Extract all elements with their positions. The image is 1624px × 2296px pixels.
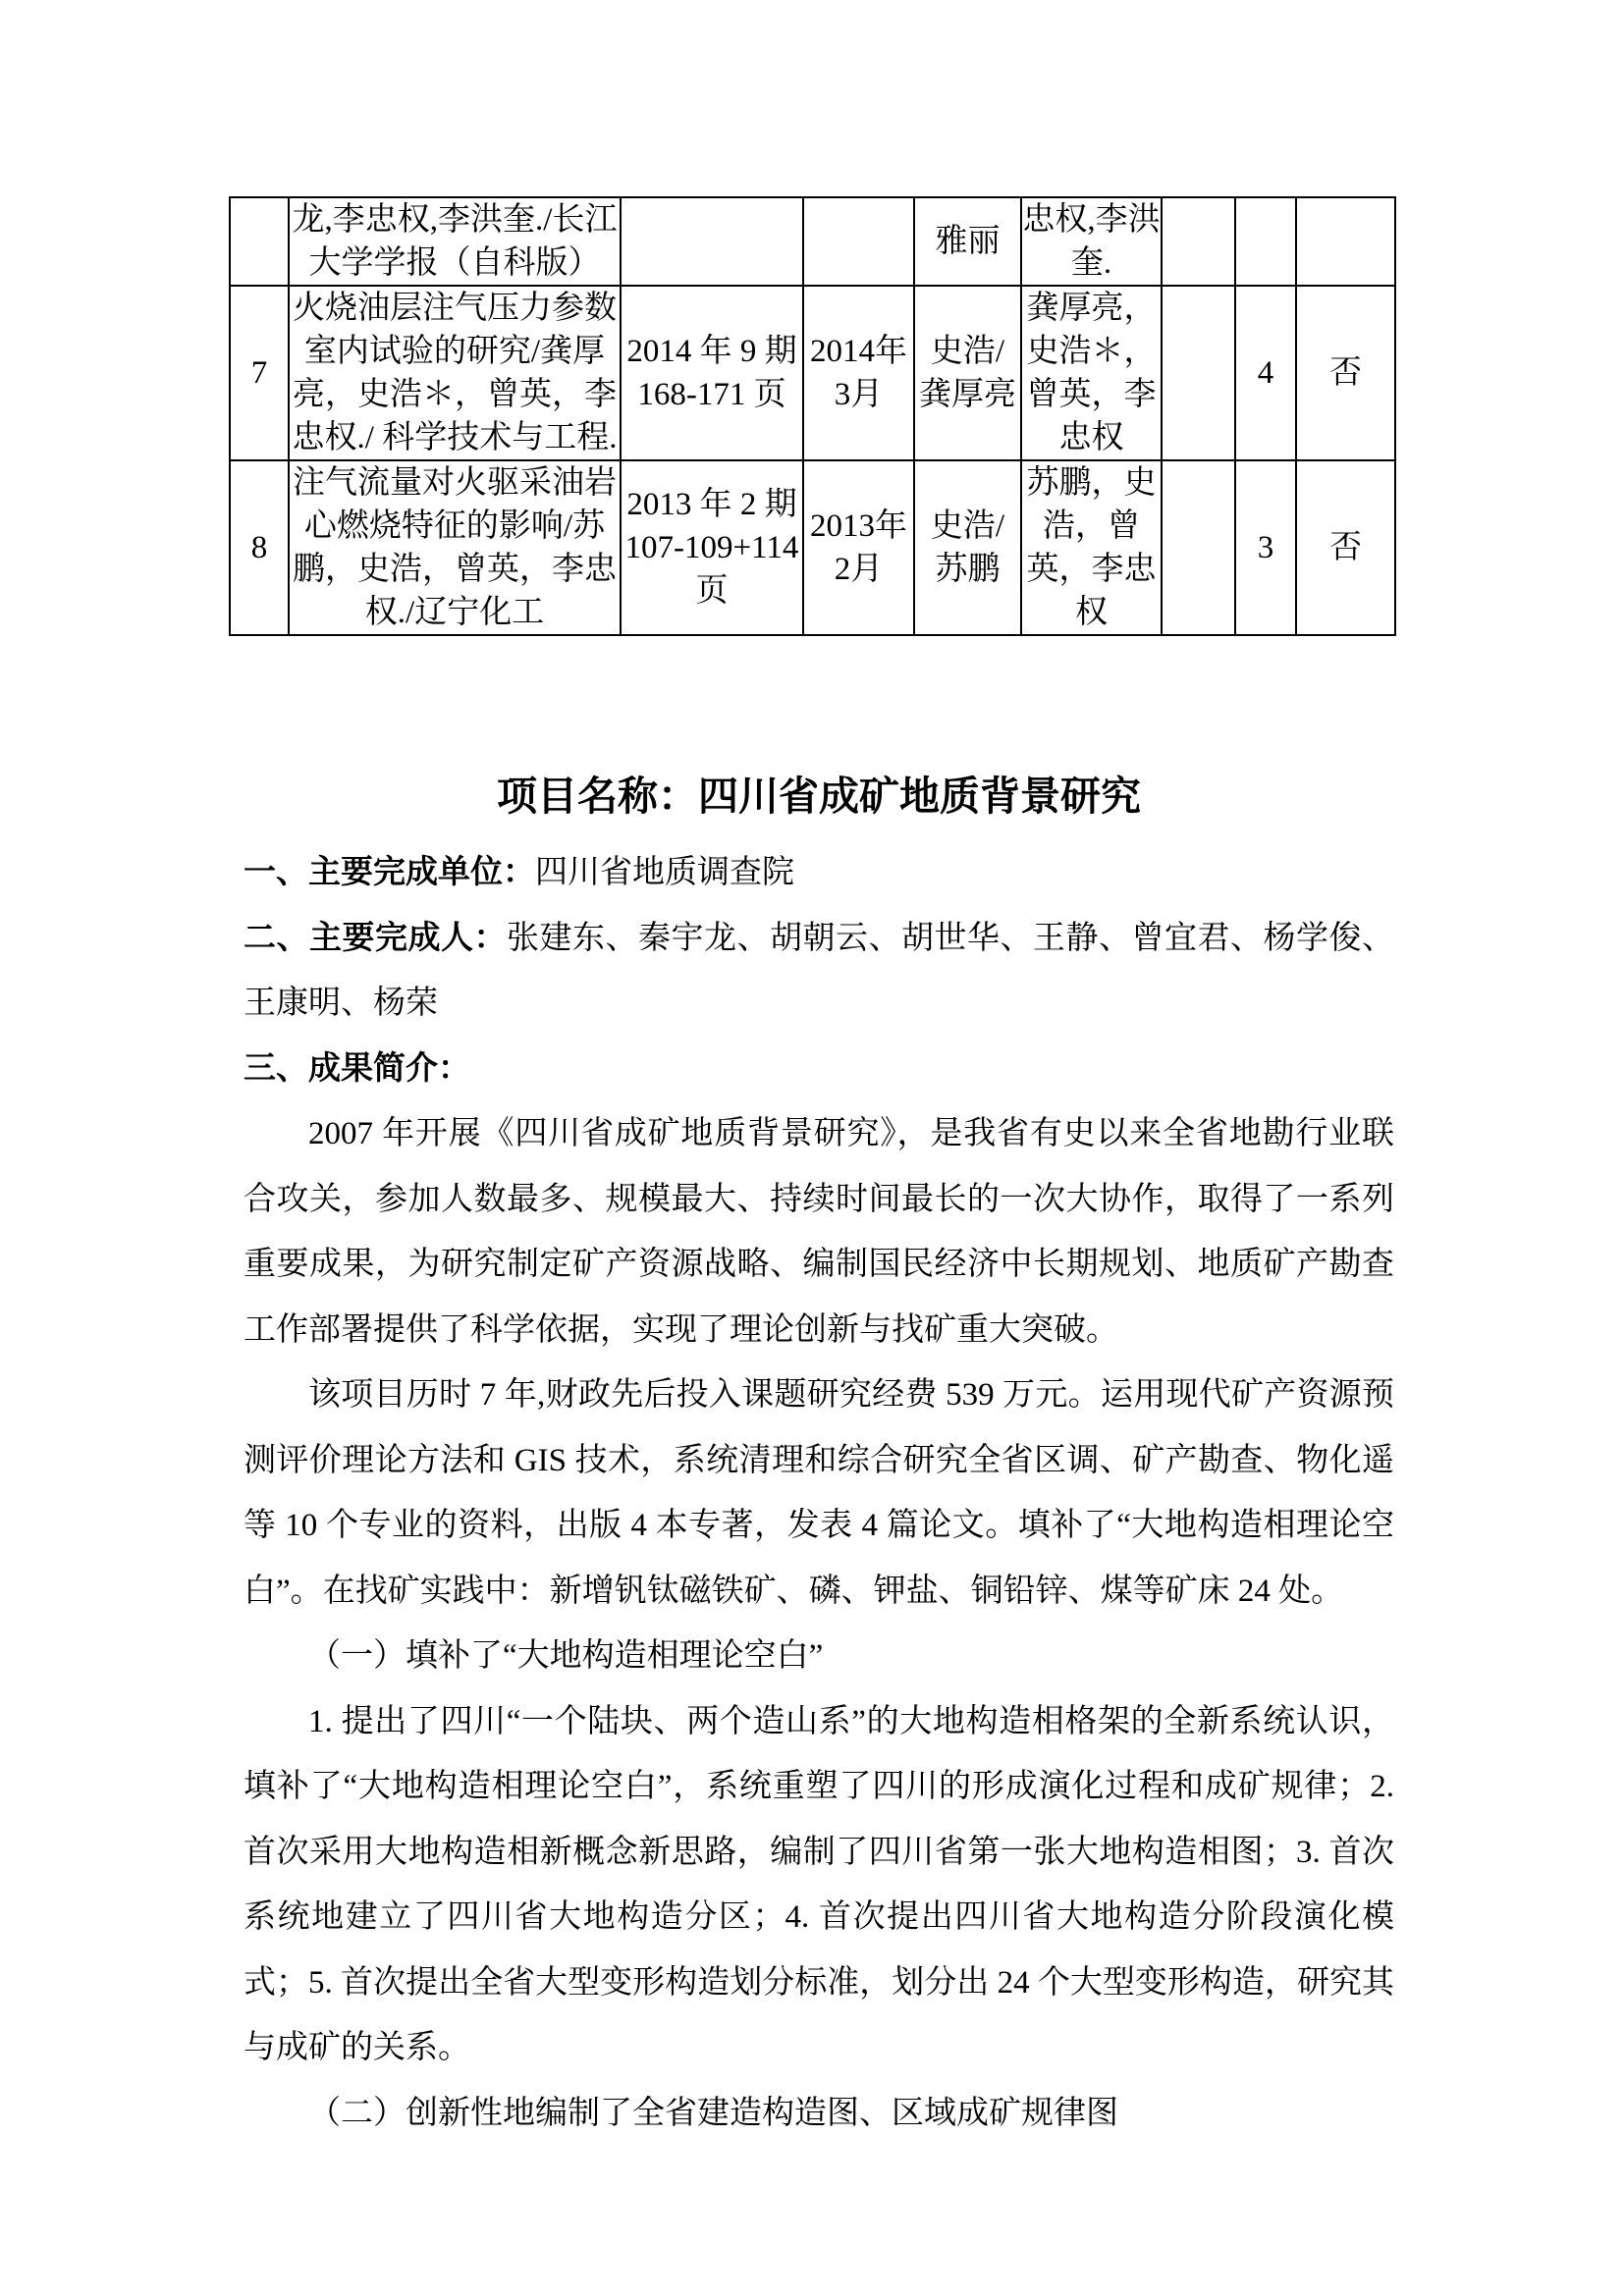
section-people-label: 二、主要完成人： [244, 921, 507, 956]
cell-flag: 否 [1296, 286, 1395, 460]
cell-seq-num: 7 [230, 286, 289, 460]
cell-count [1235, 197, 1296, 286]
section-intro-heading: 三、成果简介： [244, 1037, 1394, 1102]
table-row: 7 火烧油层注气压力参数室内试验的研究/龚厚亮，史浩＊，曾英，李忠权./ 科学技… [230, 286, 1395, 460]
table-row: 龙,李忠权,李洪奎./长江大学学报（自科版） 雅丽 忠权,李洪奎. [230, 197, 1395, 286]
cell-flag: 否 [1296, 460, 1395, 635]
cell-blank [1162, 460, 1235, 635]
cell-count: 3 [1235, 460, 1296, 635]
page-title: 项目名称：四川省成矿地质背景研究 [244, 766, 1394, 827]
intro-paragraph-2: 该项目历时 7 年,财政先后投入课题研究经费 539 万元。运用现代矿产资源预测… [244, 1362, 1394, 1624]
cell-first-author: 史浩/龚厚亮 [914, 286, 1021, 460]
section-unit: 一、主要完成单位：四川省地质调查院 [244, 840, 1394, 906]
subheading-two: （二）创新性地编制了全省建造构造图、区域成矿规律图 [244, 2081, 1394, 2147]
cell-count: 4 [1235, 286, 1296, 460]
cell-author-list: 苏鹏，史浩，曾英，李忠权 [1021, 460, 1162, 635]
section-unit-value: 四川省地质调查院 [535, 855, 794, 890]
cell-seq-num [230, 197, 289, 286]
cell-first-author: 雅丽 [914, 197, 1021, 286]
cell-seq-num: 8 [230, 460, 289, 635]
cell-author-list: 忠权,李洪奎. [1021, 197, 1162, 286]
cell-paper-title: 注气流量对火驱采油岩心燃烧特征的影响/苏鹏，史浩，曾英，李忠权./辽宁化工 [289, 460, 621, 635]
document-body: 一、主要完成单位：四川省地质调查院 二、主要完成人：张建东、秦宇龙、胡朝云、胡世… [244, 840, 1394, 2146]
cell-flag [1296, 197, 1395, 286]
cell-pub-date: 2013年2月 [803, 460, 914, 635]
document-page: 龙,李忠权,李洪奎./长江大学学报（自科版） 雅丽 忠权,李洪奎. 7 火烧油层… [0, 0, 1624, 2296]
cell-first-author: 史浩/苏鹏 [914, 460, 1021, 635]
cell-paper-title: 龙,李忠权,李洪奎./长江大学学报（自科版） [289, 197, 621, 286]
table-row: 8 注气流量对火驱采油岩心燃烧特征的影响/苏鹏，史浩，曾英，李忠权./辽宁化工 … [230, 460, 1395, 635]
subheading-one: （一）填补了“大地构造相理论空白” [244, 1624, 1394, 1689]
section-people: 二、主要完成人：张建东、秦宇龙、胡朝云、胡世华、王静、曾宜君、杨学俊、王康明、杨… [244, 906, 1394, 1037]
cell-pub-date: 2014年3月 [803, 286, 914, 460]
cell-issue-pages: 2013 年 2 期 107-109+114 页 [621, 460, 803, 635]
cell-issue-pages: 2014 年 9 期 168-171 页 [621, 286, 803, 460]
section-unit-label: 一、主要完成单位： [244, 855, 535, 890]
cell-pub-date [803, 197, 914, 286]
cell-author-list: 龚厚亮，史浩＊，曾英，李忠权 [1021, 286, 1162, 460]
cell-blank [1162, 197, 1235, 286]
cell-blank [1162, 286, 1235, 460]
intro-paragraph-1: 2007 年开展《四川省成矿地质背景研究》，是我省有史以来全省地勘行业联合攻关，… [244, 1101, 1394, 1362]
cell-issue-pages [621, 197, 803, 286]
publications-table: 龙,李忠权,李洪奎./长江大学学报（自科版） 雅丽 忠权,李洪奎. 7 火烧油层… [229, 196, 1396, 636]
intro-paragraph-3: 1. 提出了四川“一个陆块、两个造山系”的大地构造相格架的全新系统认识，填补了“… [244, 1689, 1394, 2081]
cell-paper-title: 火烧油层注气压力参数室内试验的研究/龚厚亮，史浩＊，曾英，李忠权./ 科学技术与… [289, 286, 621, 460]
section-intro-label: 三、成果简介： [244, 1051, 470, 1087]
